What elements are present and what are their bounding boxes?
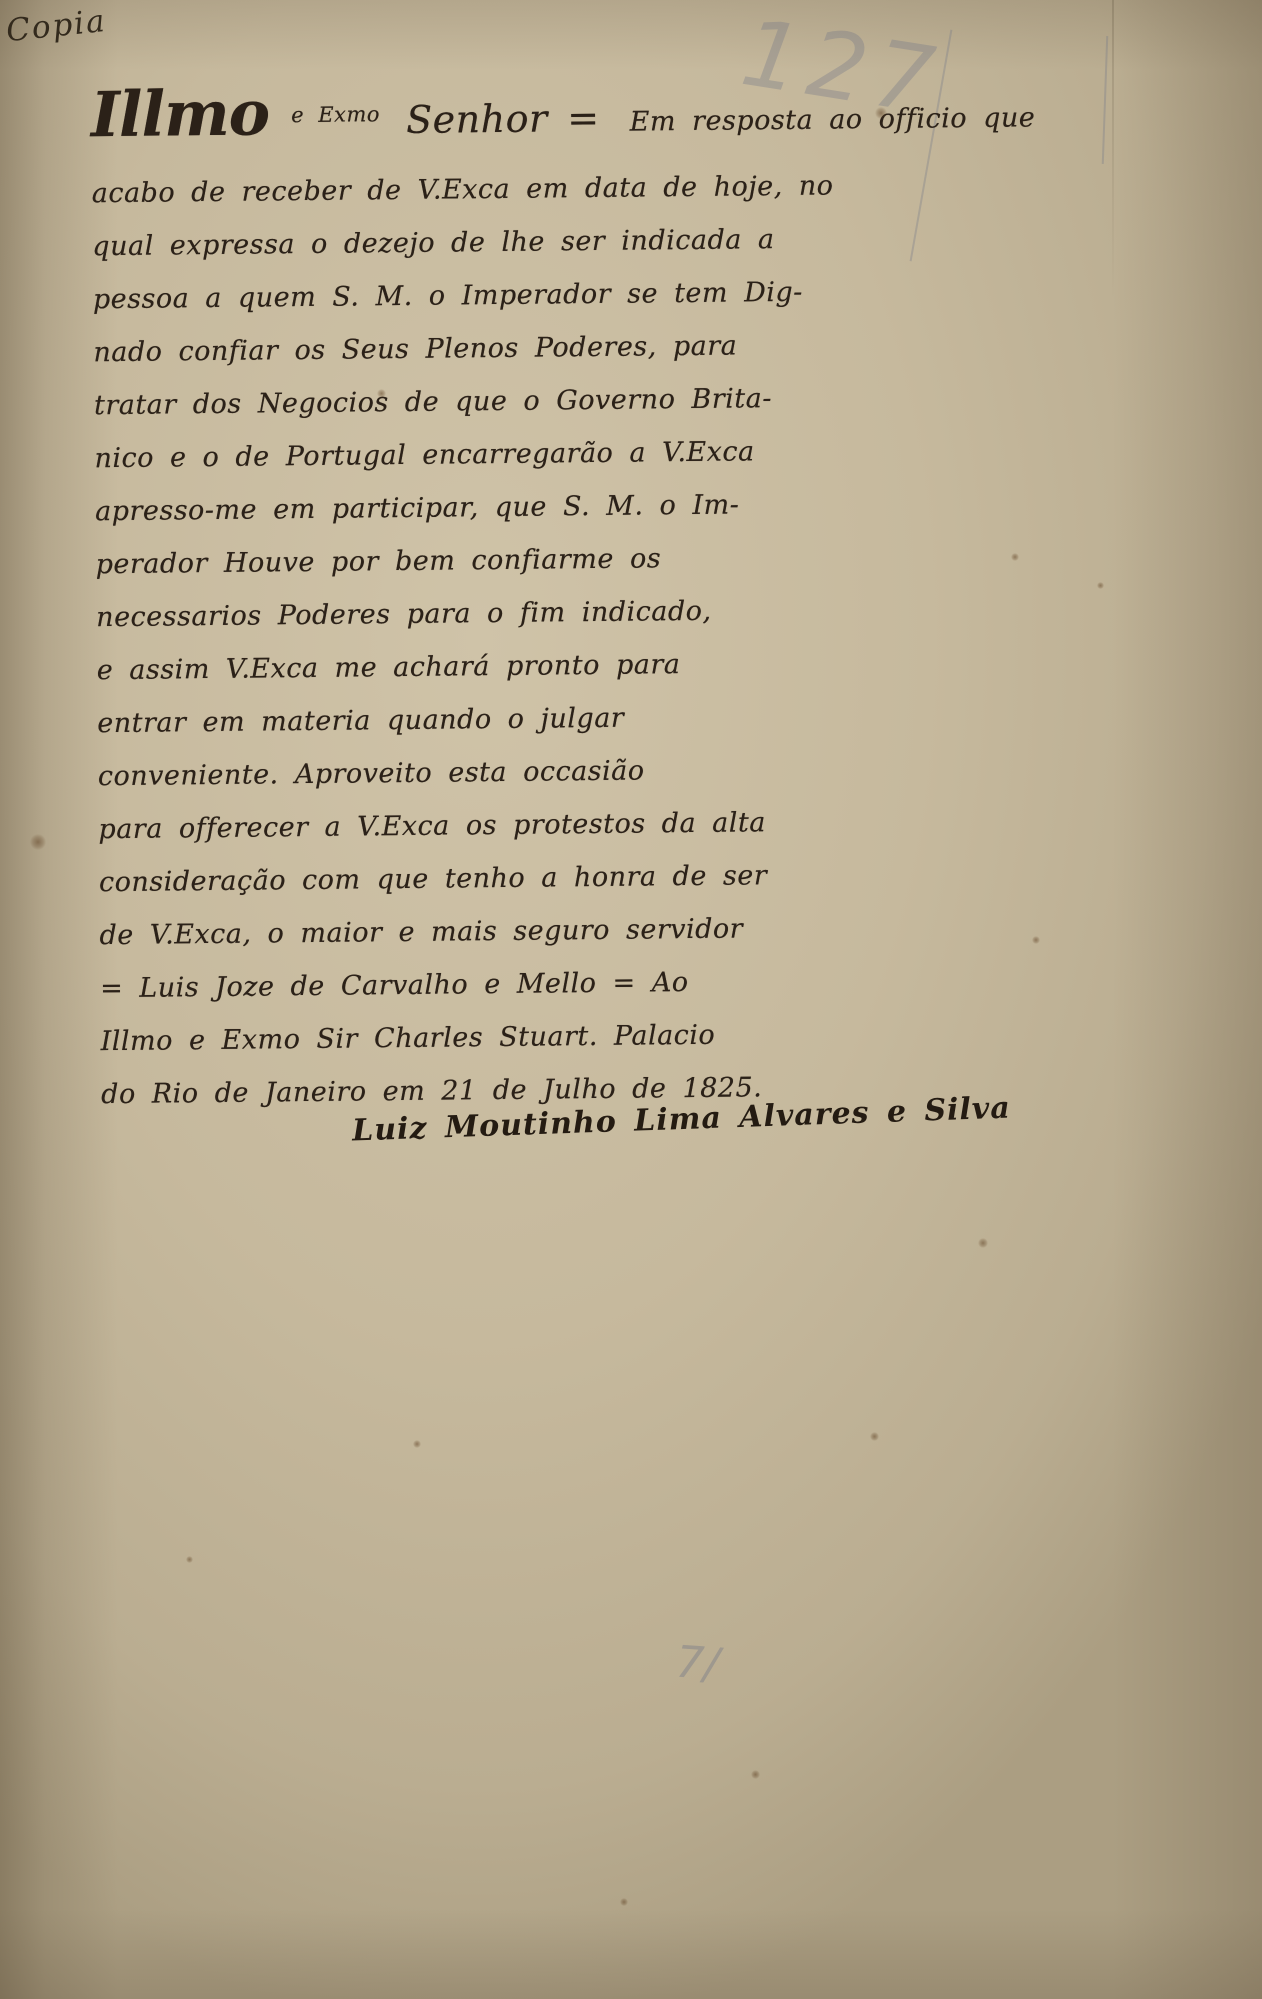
letter-salutation: Illmo e Exmo Senhor = Em resposta ao off… — [91, 68, 892, 167]
foxing-spot — [978, 1238, 988, 1248]
foxing-spot — [751, 1770, 760, 1779]
letter-line: entrar em materia quando o julgar — [97, 689, 898, 750]
letter-line: para offerecer a V.Exca os protestos da … — [98, 795, 899, 856]
page-crease — [1112, 0, 1114, 300]
pencil-bottom-annotation: 7/ — [674, 1637, 720, 1691]
foxing-spot — [870, 1432, 879, 1441]
foxing-spot — [186, 1556, 193, 1563]
letter-line: acabo de receber de V.Exca em data de ho… — [92, 159, 893, 220]
foxing-spot — [413, 1440, 421, 1448]
foxing-spot — [377, 389, 386, 398]
pencil-stroke — [1102, 36, 1108, 164]
letter-line: Illmo e Exmo Sir Charles Stuart. Palacio — [100, 1007, 901, 1068]
foxing-spot — [620, 1898, 628, 1906]
letter-line: e assim V.Exca me achará pronto para — [96, 636, 897, 697]
letter-line: apresso-me em participar, que S. M. o Im… — [95, 477, 896, 538]
foxing-spot — [1011, 553, 1019, 561]
letter-line: nico e o de Portugal encarregarão a V.Ex… — [94, 424, 895, 485]
manuscript-page: Copia 127 Illmo e Exmo Senhor = Em respo… — [0, 0, 1262, 1999]
letter-line: nado confiar os Seus Plenos Poderes, par… — [93, 318, 894, 379]
letter-line: de V.Exca, o maior e mais seguro servido… — [99, 901, 900, 962]
letter-line: consideração com que tenho a honra de se… — [99, 848, 900, 909]
foxing-spot — [875, 107, 887, 119]
foxing-spot — [30, 834, 46, 850]
letter-body: Illmo e Exmo Senhor = Em resposta ao off… — [91, 68, 902, 1121]
letter-line: necessarios Poderes para o fim indicado, — [96, 583, 897, 644]
salutation-senhor: Senhor = — [406, 96, 600, 142]
letter-line: pessoa a quem S. M. o Imperador se tem D… — [93, 265, 894, 326]
copy-annotation: Copia — [4, 3, 108, 49]
foxing-spot — [1032, 936, 1040, 944]
letter-line: tratar dos Negocios de que o Governo Bri… — [94, 371, 895, 432]
foxing-spot — [1097, 582, 1104, 589]
letter-line: = Luis Joze de Carvalho e Mello = Ao — [100, 954, 901, 1015]
letter-line: conveniente. Aproveito esta occasião — [98, 742, 899, 803]
letter-line: qual expressa o dezejo de lhe ser indica… — [92, 212, 893, 273]
salutation-opening: Em resposta ao officio que — [630, 102, 1036, 137]
salutation-e-exmo: e Exmo — [291, 102, 380, 127]
letter-line: perador Houve por bem confiarme os — [95, 530, 896, 591]
salutation-illmo: Illmo — [91, 76, 270, 151]
